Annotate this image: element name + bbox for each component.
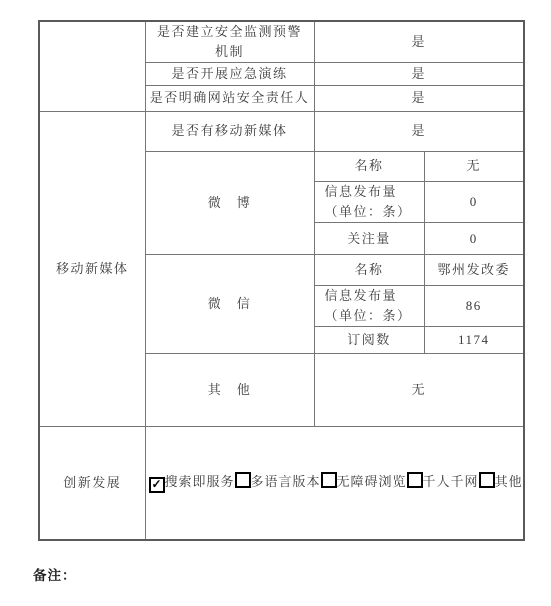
field-cell: 订阅数 xyxy=(314,327,424,354)
value-cell: 1174 xyxy=(424,327,524,354)
question-cell: 是否开展应急演练 xyxy=(145,62,314,85)
answer-cell: 是 xyxy=(314,111,524,151)
value-cell: 无 xyxy=(424,151,524,181)
checkbox-label: 无障碍浏览 xyxy=(337,474,407,489)
checkbox-search-as-service[interactable]: ✓ xyxy=(149,477,165,493)
question-cell: 是否明确网站安全责任人 xyxy=(145,85,314,111)
checkbox-other[interactable] xyxy=(479,472,495,488)
question-cell: 是否有移动新媒体 xyxy=(145,111,314,151)
checkbox-personalized[interactable] xyxy=(407,472,423,488)
field-cell: 名称 xyxy=(314,254,424,285)
answer-cell: 是 xyxy=(314,85,524,111)
category-cell-innovation: 创新发展 xyxy=(39,427,145,540)
value-cell: 0 xyxy=(424,181,524,222)
category-cell-mobile-media: 移动新媒体 xyxy=(39,111,145,427)
remark-label: 备注： xyxy=(33,564,77,584)
subcategory-cell-other: 其 他 xyxy=(145,354,314,427)
table-row: 移动新媒体 是否有移动新媒体 是 xyxy=(39,111,524,151)
category-cell-empty xyxy=(39,21,145,111)
table-row: 创新发展 ✓搜索即服务多语言版本无障碍浏览千人千网其他 xyxy=(39,427,524,540)
table-row: 是否建立安全监测预警 机制 是 xyxy=(39,21,524,62)
report-table: 是否建立安全监测预警 机制 是 是否开展应急演练 是 是否明确网站安全责任人 是… xyxy=(38,20,525,541)
checkbox-multilingual[interactable] xyxy=(235,472,251,488)
innovation-options-cell: ✓搜索即服务多语言版本无障碍浏览千人千网其他 xyxy=(145,427,524,540)
answer-cell: 是 xyxy=(314,62,524,85)
question-cell: 是否建立安全监测预警 机制 xyxy=(145,21,314,62)
field-cell: 关注量 xyxy=(314,222,424,254)
value-cell: 0 xyxy=(424,222,524,254)
checkbox-label: 其他 xyxy=(495,474,523,489)
checkbox-label: 千人千网 xyxy=(423,474,479,489)
subcategory-cell-weibo: 微 博 xyxy=(145,151,314,254)
field-cell: 信息发布量 （单位：条） xyxy=(314,181,424,222)
checkbox-accessibility[interactable] xyxy=(321,472,337,488)
answer-cell: 是 xyxy=(314,21,524,62)
value-cell: 86 xyxy=(424,285,524,326)
field-cell: 信息发布量 （单位：条） xyxy=(314,285,424,326)
checkbox-label: 多语言版本 xyxy=(251,474,321,489)
subcategory-cell-wechat: 微 信 xyxy=(145,254,314,353)
checkbox-label: 搜索即服务 xyxy=(165,474,235,489)
field-cell: 名称 xyxy=(314,151,424,181)
value-cell: 无 xyxy=(314,354,524,427)
value-cell: 鄂州发改委 xyxy=(424,254,524,285)
